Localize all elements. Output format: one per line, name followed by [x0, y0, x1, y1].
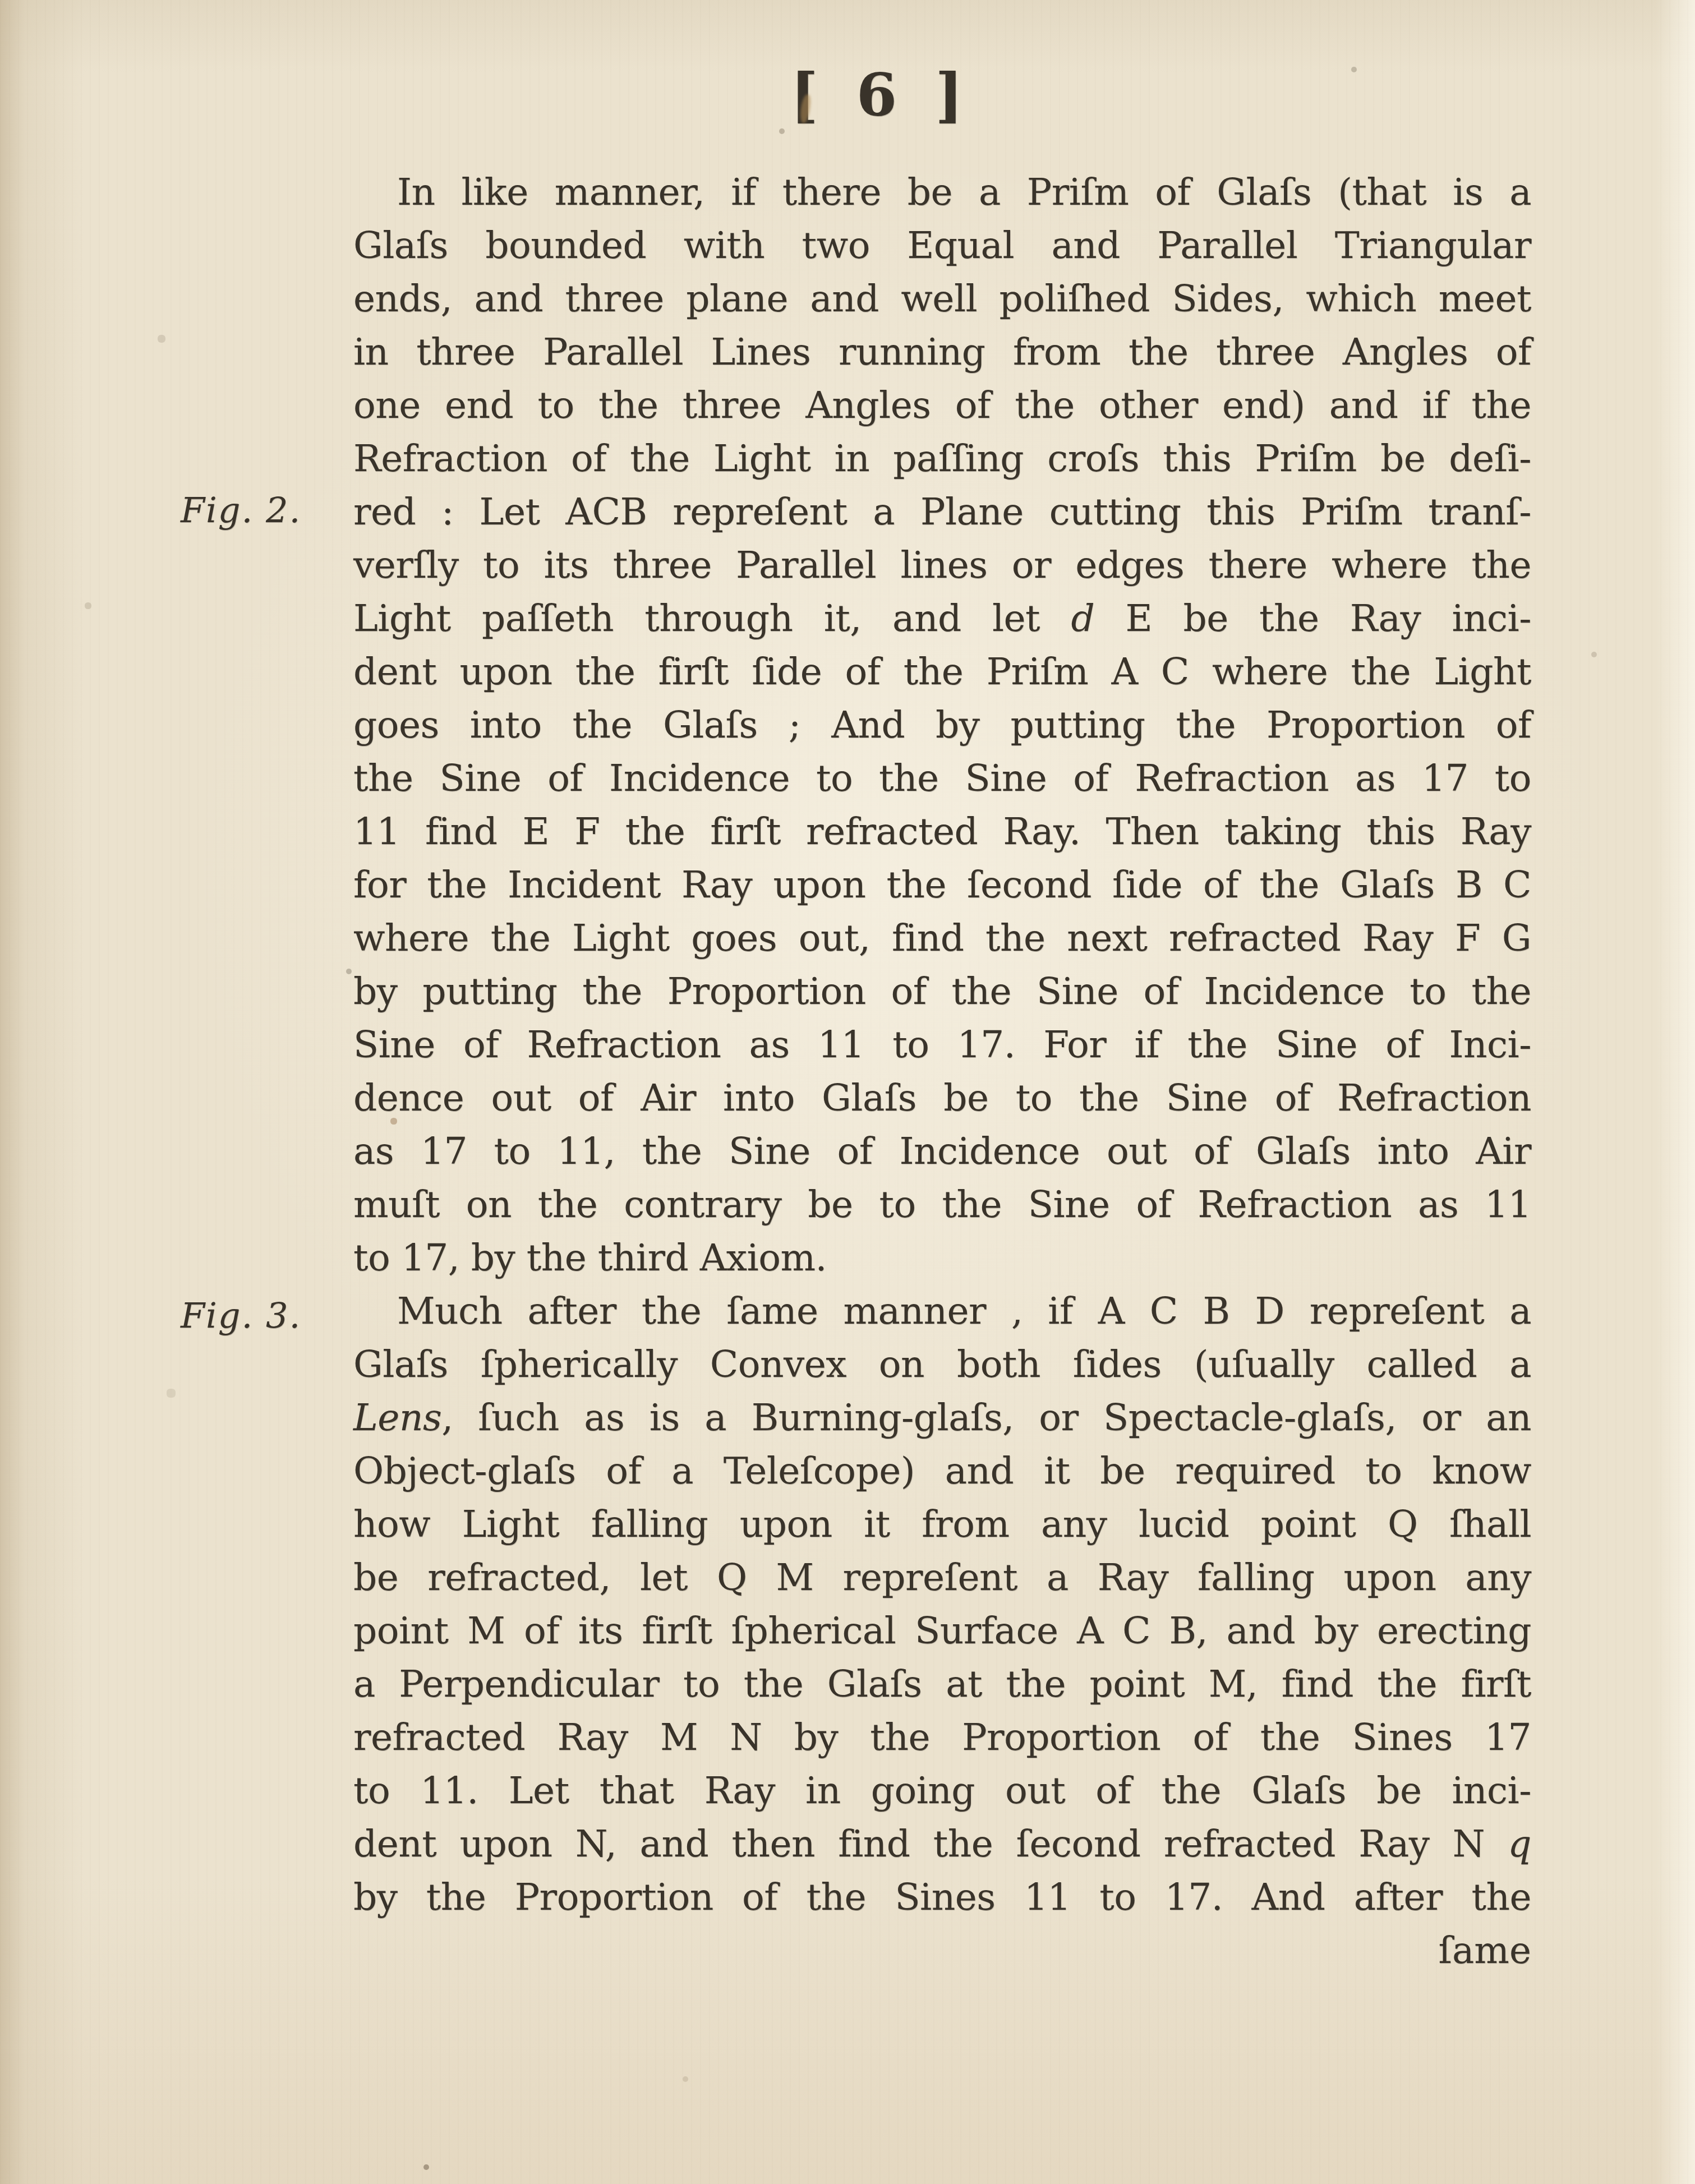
- text-segment: point M of its firſt ſpherical Surface A…: [353, 1609, 1531, 1652]
- page-number: [ 6 ]: [790, 61, 971, 130]
- text-segment: muſt on the contrary be to the Sine of R…: [353, 1183, 1531, 1226]
- text-line: red : Let ACB repreſent a Plane cutting …: [353, 485, 1531, 538]
- text-line: Much after the ſame manner , if A C B D …: [353, 1284, 1531, 1338]
- text-line: by putting the Proportion of the Sine of…: [353, 965, 1531, 1018]
- text-segment: in three Parallel Lines running from the…: [353, 330, 1531, 374]
- text-line: dence out of Air into Glaſs be to the Si…: [353, 1071, 1531, 1125]
- text-segment: dent upon the firſt ſide of the Priſm A …: [353, 650, 1531, 693]
- text-segment: by the Proportion of the Sines 11 to 17.…: [353, 1876, 1531, 1919]
- text-segment: refracted Ray M N by the Proportion of t…: [353, 1716, 1531, 1759]
- text-segment: , ſuch as is a Burning-glaſs, or Spectac…: [441, 1396, 1531, 1439]
- text-line: ends, and three plane and well poliſhed …: [353, 272, 1531, 325]
- text-line: to 17, by the third Axiom.: [353, 1231, 1531, 1284]
- text-line: one end to the three Angles of the other…: [353, 379, 1531, 432]
- text-segment: goes into the Glaſs ; And by putting the…: [353, 703, 1531, 747]
- text-segment: Much after the ſame manner , if A C B D …: [397, 1289, 1531, 1333]
- text-line: refracted Ray M N by the Proportion of t…: [353, 1711, 1531, 1764]
- text-line: Lens, ſuch as is a Burning-glaſs, or Spe…: [353, 1391, 1531, 1444]
- text-line: verſly to its three Parallel lines or ed…: [353, 538, 1531, 592]
- text-segment: Sine of Refraction as 11 to 17. For if t…: [353, 1023, 1531, 1066]
- text-segment: the Sine of Incidence to the Sine of Ref…: [353, 757, 1531, 800]
- text-segment: be refracted, let Q M repreſent a Ray fa…: [353, 1556, 1531, 1599]
- text-segment: In like manner, if there be a Priſm of G…: [397, 171, 1531, 214]
- text-segment: ends, and three plane and well poliſhed …: [353, 277, 1531, 320]
- text-segment: for the Incident Ray upon the ſecond ſid…: [353, 863, 1531, 906]
- text-segment: one end to the three Angles of the other…: [353, 384, 1531, 427]
- text-line: Object-glaſs of a Teleſcope) and it be r…: [353, 1444, 1531, 1498]
- text-line: the Sine of Incidence to the Sine of Ref…: [353, 752, 1531, 805]
- italic-text: Lens: [353, 1396, 441, 1439]
- paper-specks: [0, 0, 2, 2]
- book-page: [ 6 ] Fig. 2. Fig. 3. In like manner, if…: [0, 0, 1695, 2184]
- text-segment: Glaſs bounded with two Equal and Paralle…: [353, 224, 1531, 267]
- text-line: Sine of Refraction as 11 to 17. For if t…: [353, 1018, 1531, 1071]
- text-segment: how Light falling upon it from any lucid…: [353, 1503, 1531, 1546]
- text-line: point M of its firſt ſpherical Surface A…: [353, 1604, 1531, 1657]
- text-line: dent upon the firſt ſide of the Priſm A …: [353, 645, 1531, 698]
- text-segment: by putting the Proportion of the Sine of…: [353, 970, 1531, 1013]
- text-line: how Light falling upon it from any lucid…: [353, 1498, 1531, 1551]
- text-segment: 11 find E F the firſt refracted Ray. The…: [353, 810, 1531, 853]
- margin-note-fig-3: Fig. 3.: [181, 1289, 338, 1342]
- text-segment: to 11. Let that Ray in going out of the …: [353, 1769, 1531, 1812]
- text-line: Light paſſeth through it, and let d E be…: [353, 592, 1531, 645]
- text-line: by the Proportion of the Sines 11 to 17.…: [353, 1870, 1531, 1924]
- italic-text: d: [1071, 597, 1094, 640]
- text-segment: as 17 to 11, the Sine of Incidence out o…: [353, 1130, 1531, 1173]
- text-segment: Glaſs ſpherically Convex on both ſides (…: [353, 1343, 1531, 1386]
- text-line: Glaſs bounded with two Equal and Paralle…: [353, 219, 1531, 272]
- text-line: dent upon N, and then find the ſecond re…: [353, 1817, 1531, 1870]
- text-segment: verſly to its three Parallel lines or ed…: [353, 543, 1531, 587]
- text-segment: E be the Ray inci-: [1094, 597, 1531, 640]
- text-segment: to 17, by the third Axiom.: [353, 1236, 827, 1279]
- text-segment: a Perpendicular to the Glaſs at the poin…: [353, 1662, 1531, 1706]
- text-line: goes into the Glaſs ; And by putting the…: [353, 698, 1531, 752]
- text-line: for the Incident Ray upon the ſecond ſid…: [353, 858, 1531, 911]
- text-segment: where the Light goes out, find the next …: [353, 916, 1531, 960]
- text-segment: Object-glaſs of a Teleſcope) and it be r…: [353, 1449, 1531, 1492]
- text-line: as 17 to 11, the Sine of Incidence out o…: [353, 1125, 1531, 1178]
- text-line: In like manner, if there be a Priſm of G…: [353, 165, 1531, 219]
- text-segment: dent upon N, and then find the ſecond re…: [353, 1822, 1508, 1865]
- text-line: Glaſs ſpherically Convex on both ſides (…: [353, 1338, 1531, 1391]
- italic-text: q: [1508, 1822, 1531, 1865]
- text-line: in three Parallel Lines running from the…: [353, 325, 1531, 379]
- text-segment: dence out of Air into Glaſs be to the Si…: [353, 1076, 1531, 1119]
- text-line: a Perpendicular to the Glaſs at the poin…: [353, 1657, 1531, 1711]
- text-line: Refraction of the Light in paſſing croſs…: [353, 432, 1531, 485]
- body-text: In like manner, if there be a Priſm of G…: [353, 165, 1531, 1924]
- margin-note-fig-2: Fig. 2.: [181, 483, 338, 537]
- text-line: be refracted, let Q M repreſent a Ray fa…: [353, 1551, 1531, 1604]
- text-line: to 11. Let that Ray in going out of the …: [353, 1764, 1531, 1817]
- text-line: muſt on the contrary be to the Sine of R…: [353, 1178, 1531, 1231]
- text-line: 11 find E F the firſt refracted Ray. The…: [353, 805, 1531, 858]
- catchword: ſame: [353, 1924, 1531, 1977]
- text-segment: red : Let ACB repreſent a Plane cutting …: [353, 490, 1531, 533]
- text-line: where the Light goes out, find the next …: [353, 911, 1531, 965]
- text-segment: Refraction of the Light in paſſing croſs…: [353, 437, 1531, 480]
- text-segment: Light paſſeth through it, and let: [353, 597, 1071, 640]
